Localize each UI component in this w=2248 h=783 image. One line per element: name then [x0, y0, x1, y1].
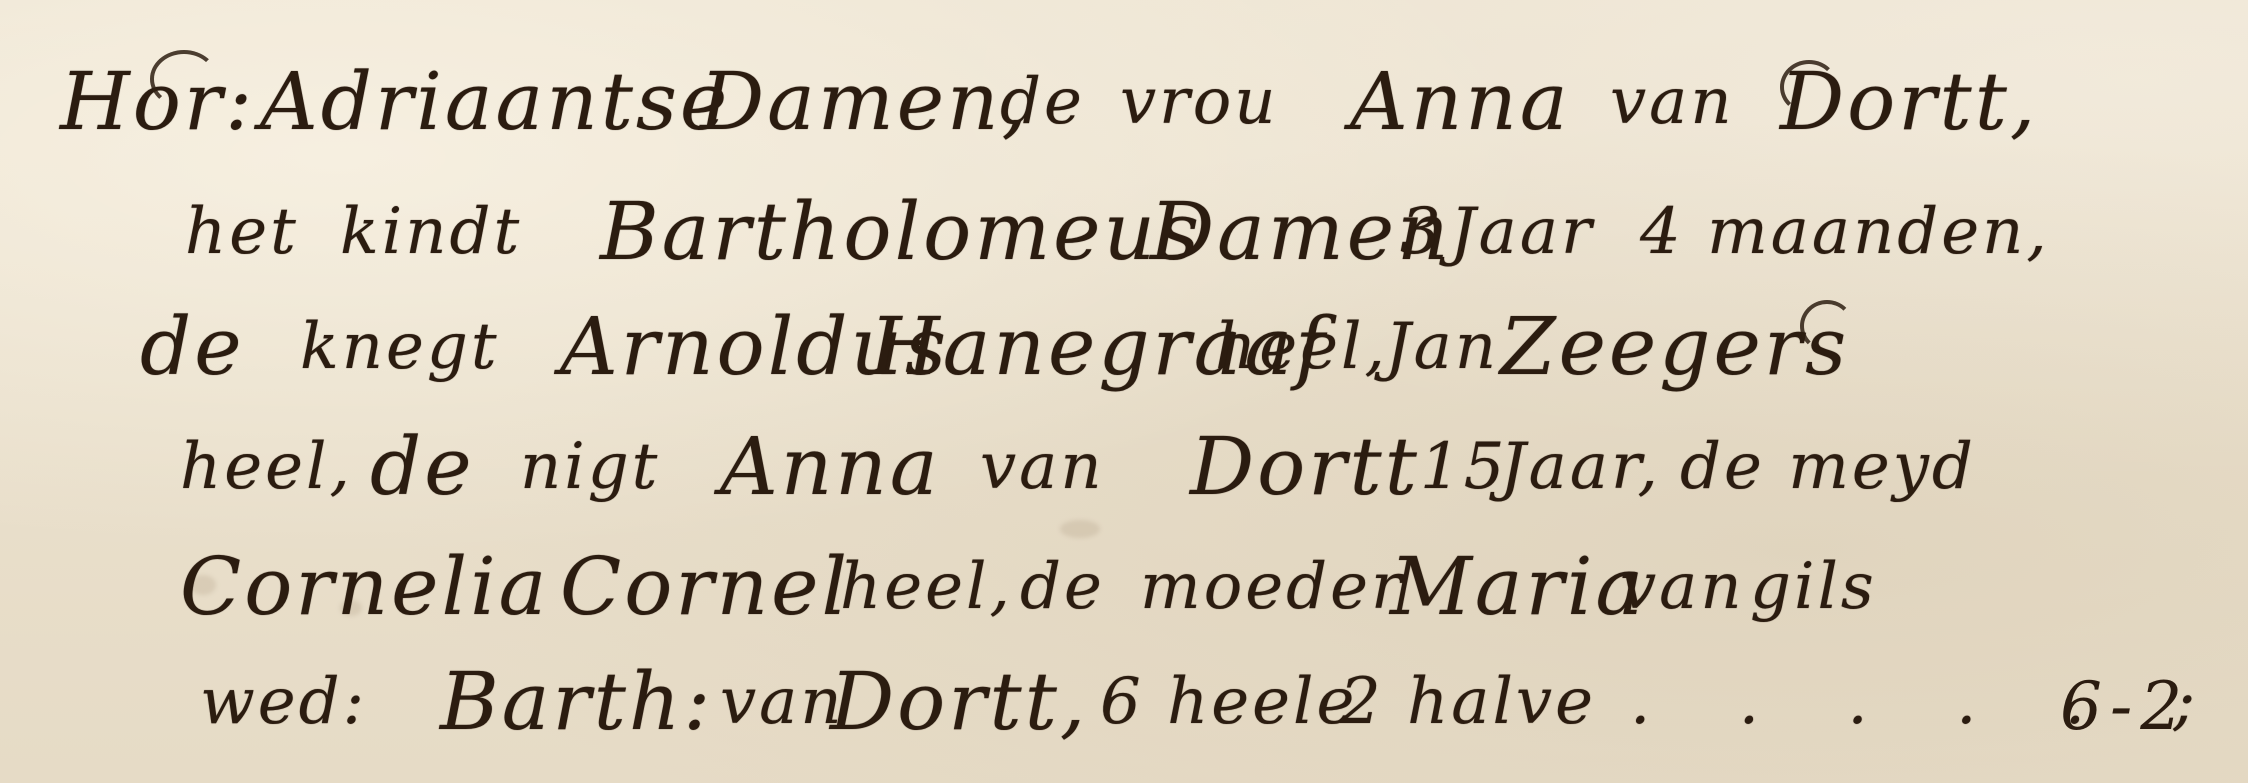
word: Cornelia: [180, 547, 549, 627]
word: Zeegers: [1500, 307, 1849, 387]
word: gils: [1750, 555, 1877, 619]
word: Damen,: [700, 62, 1030, 142]
word: vrou: [1120, 70, 1279, 134]
word: Anna: [720, 427, 941, 507]
word: Barth:: [440, 662, 713, 742]
word: moeder: [1140, 555, 1405, 619]
flourish-decoration: [1780, 60, 1838, 114]
amount-value: 6-2: [2060, 668, 2190, 745]
flourish-decoration: [1800, 300, 1854, 352]
word: knegt: [300, 315, 500, 379]
word: 2 halve: [1340, 670, 1596, 734]
paper-stain: [1060, 520, 1100, 538]
word: heel,: [1215, 315, 1388, 379]
word: wed:: [200, 670, 367, 734]
word: heel,: [180, 435, 353, 499]
word: Jan: [1385, 315, 1499, 379]
word: Dortt,: [830, 662, 1088, 742]
word: Dortt: [1190, 427, 1420, 507]
word: kindt: [340, 200, 522, 264]
word: Cornel: [560, 547, 850, 627]
word: het: [185, 200, 299, 264]
word: Anna: [1350, 62, 1571, 142]
word: Jaar: [1450, 200, 1595, 264]
word: 4 maanden,: [1640, 200, 2050, 264]
word: Jaar,: [1500, 435, 1661, 499]
manuscript-page: Hor: Adriaantse Damen, de vrou Anna van …: [0, 0, 2248, 783]
word: van: [1610, 70, 1735, 134]
word: de: [1020, 555, 1105, 619]
word: Maria: [1390, 547, 1646, 627]
word: 3: [1400, 200, 1444, 264]
word: 6 heele: [1100, 670, 1357, 734]
word: van: [980, 435, 1105, 499]
word: Adriaantse: [260, 62, 730, 142]
word: heel,: [840, 555, 1013, 619]
word: 15: [1420, 435, 1507, 499]
word: de: [1000, 70, 1085, 134]
word: van: [1620, 555, 1745, 619]
word: Bartholomeus: [600, 192, 1202, 272]
word: de: [370, 427, 475, 507]
word: nigt: [520, 435, 660, 499]
word: de meyd: [1680, 435, 1976, 499]
word: de: [140, 307, 245, 387]
flourish-decoration: [150, 50, 218, 108]
word: van: [720, 670, 845, 734]
